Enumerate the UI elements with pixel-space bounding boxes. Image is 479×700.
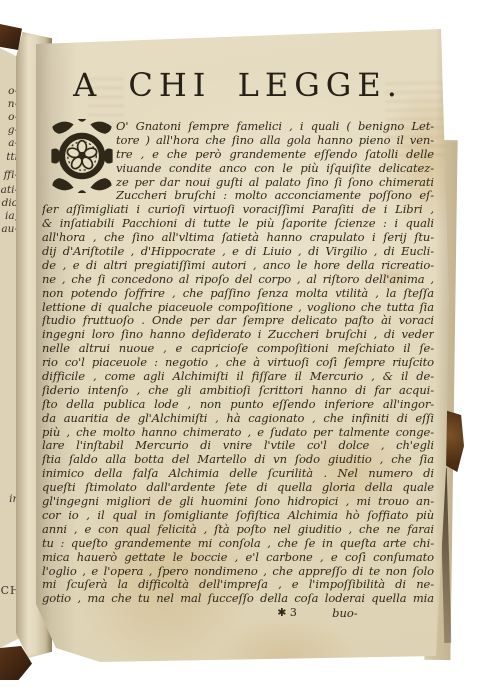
gutter-fragment: g- [0, 125, 18, 136]
text-line: ſer aſſimigliati i curioſi virtuoſi vora… [42, 203, 434, 217]
text-line: l'oglio , e l'opera , ſpero nondimeno , … [42, 565, 434, 579]
text-line: ingegni loro ſino hanno deſiderato i Zuc… [42, 328, 434, 342]
signature-mark: ✱ 3 [277, 606, 297, 619]
page-heading: A CHI LEGGE. [42, 66, 434, 104]
text-line: da auaritia de gl'Alchimiſti , hà cagion… [42, 412, 434, 426]
text-line: mi ſcuſerà la difficoltà dell'impreſa , … [42, 578, 434, 592]
text-line: O' Gnatoni ſempre famelici , i quali ( b… [116, 120, 434, 134]
text-line: Zuccheri bruſchi : molto acconciamente p… [116, 189, 434, 203]
gutter-fragment: a- [0, 138, 18, 149]
text-line: ſtia ſaldo alla botta del Martello di vn… [42, 453, 434, 467]
gutter-fragment: n- [0, 99, 18, 110]
text-line: viuande condite anco con le più iſquiſit… [116, 162, 434, 176]
text-line: lettione di qualche piaceuole compoſitio… [42, 301, 434, 315]
text-line: tre , e che però grandemente eſſendo ſat… [116, 148, 434, 162]
text-line: ſiderio intenſo , che gli ambitioſi ſcri… [42, 384, 434, 398]
gutter-fragment: ffi- [0, 170, 18, 181]
gutter-fragment: o- [0, 112, 18, 123]
text-line: gl'ingegni migliori de gli huomini ſono … [42, 495, 434, 509]
binding-leather-top-left [0, 24, 22, 50]
text-line: inimico della falſa Alchimia delle ſcuri… [42, 467, 434, 481]
text-line: ſtudio fruttuoſo . Onde per dar ſempre d… [42, 314, 434, 328]
gutter-fragment: tti [0, 152, 18, 163]
catchword: buo- [332, 606, 358, 620]
paragraph: O' Gnatoni ſempre famelici , i quali ( b… [42, 120, 434, 620]
text-line: lare l'inſtabil Mercurio di vnire l'vtil… [42, 439, 434, 453]
paper-stain [210, 616, 360, 696]
text-line: tu : queſto grandemente mi conſola , che… [42, 537, 434, 551]
gutter-fragment: au- [0, 224, 18, 235]
text-line: ze per dar noui guſti al palato ſino ſi … [116, 176, 434, 190]
text-line: gotio , ma che tu nel mal ſucceſſo della… [42, 592, 434, 606]
text-line: ne , che ſi concedono al ripoſo del corp… [42, 273, 434, 287]
text-line: all'hora , che ſino all'vltima ſatietà h… [42, 231, 434, 245]
paragraph-indented-section: O' Gnatoni ſempre famelici , i quali ( b… [42, 120, 434, 203]
text-line: rio co'l piaceuole : negotio , che à vir… [42, 356, 434, 370]
text-line: queſti ſtimolato dall'ardente ſete di qu… [42, 481, 434, 495]
text-line: anni , e con qual felicità , ſtà poſto n… [42, 523, 434, 537]
text-line: cor io , il qual in ſomigliante ſofiſtic… [42, 509, 434, 523]
text-line: più , che molto hanno chimerato , e ſuda… [42, 426, 434, 440]
text-line: tore ) all'hora che ſino alla gola hanno… [116, 134, 434, 148]
text-line: mica hauerò gettate le boccie , e'l carb… [42, 551, 434, 565]
text-line: de , e di altri pregiatiſſimi autori , a… [42, 259, 434, 273]
text-line: difficile , come agli Alchimiſti il fiſſ… [42, 370, 434, 384]
gutter-fragment: ia, [0, 211, 18, 222]
text-line: nelle altrui nuoue , e capricioſe compoſ… [42, 342, 434, 356]
signature-line: ✱ 3 buo- [42, 606, 434, 620]
text-line: non potendo ſoffrire , che paſſino ſenza… [42, 287, 434, 301]
text-line: dij d'Ariſtotile , d'Hippocrate , e di L… [42, 245, 434, 259]
gutter-fragment: o- [0, 86, 18, 97]
book-photograph: o-n-o-g-a-ttiffi-ati-dioia,au-ini.CHI A … [0, 0, 479, 700]
text-line: ſto della publica lode , non punto eſſen… [42, 398, 434, 412]
gutter-fragment: dio [0, 198, 18, 209]
gutter-fragment: ati- [0, 185, 18, 196]
text-line: & inſatiabili Pacchioni di tutte le più … [42, 217, 434, 231]
paragraph-full-section: ſer aſſimigliati i curioſi virtuoſi vora… [42, 203, 434, 606]
